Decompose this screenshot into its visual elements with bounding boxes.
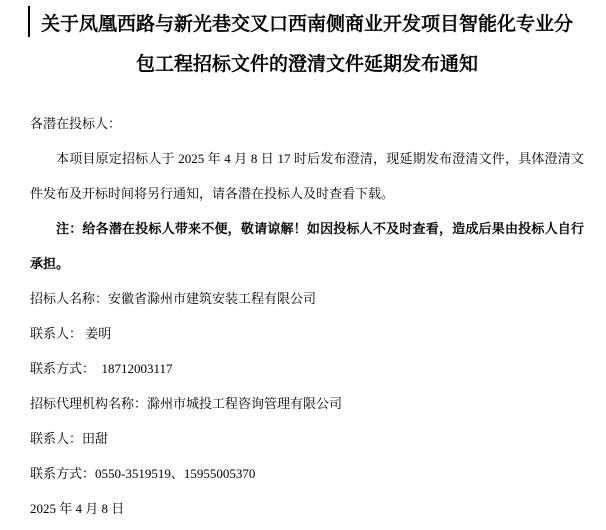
info-value: 姜明	[82, 326, 111, 341]
date-line: 2025 年 4 月 8 日	[30, 491, 584, 526]
info-line-agency-name: 招标代理机构名称：滁州市城投工程咨询管理有限公司	[30, 386, 584, 421]
info-label: 联系方式：	[30, 466, 95, 481]
info-line-agency-contact: 联系人：田甜	[30, 421, 584, 456]
text-cursor	[28, 6, 30, 37]
document-edit-area[interactable]: 关于凤凰西路与新光巷交叉口西南侧商业开发项目智能化专业分 包工程招标文件的澄清文…	[0, 0, 606, 530]
info-line-tenderer-phone: 联系方式： 18712003117	[30, 351, 584, 386]
body-paragraph: 本项目原定招标人于 2025 年 4 月 8 日 17 时后发布澄清，现延期发布…	[30, 141, 584, 211]
title-line-2: 包工程招标文件的澄清文件延期发布通知	[30, 45, 584, 85]
info-label: 联系人：	[30, 326, 82, 341]
info-value: 田甜	[82, 431, 108, 446]
info-label: 联系方式：	[30, 361, 95, 376]
info-value: 0550-3519519、15955005370	[95, 466, 255, 481]
info-line-agency-phone: 联系方式：0550-3519519、15955005370	[30, 456, 584, 491]
info-label: 招标代理机构名称：	[30, 396, 147, 411]
info-value: 安徽省滁州市建筑安装工程有限公司	[108, 291, 316, 306]
info-line-tenderer-contact: 联系人： 姜明	[30, 316, 584, 351]
info-label: 联系人：	[30, 431, 82, 446]
info-value: 滁州市城投工程咨询管理有限公司	[147, 396, 342, 411]
salutation: 各潜在投标人：	[30, 106, 584, 141]
notice-title: 关于凤凰西路与新光巷交叉口西南侧商业开发项目智能化专业分 包工程招标文件的澄清文…	[30, 5, 584, 85]
info-label: 招标人名称：	[30, 291, 108, 306]
title-line-1: 关于凤凰西路与新光巷交叉口西南侧商业开发项目智能化专业分	[30, 5, 584, 45]
info-value: 18712003117	[95, 361, 173, 376]
note-paragraph: 注：给各潜在投标人带来不便，敬请谅解！如因投标人不及时查看，造成后果由投标人自行…	[30, 211, 584, 281]
info-line-tenderer-name: 招标人名称：安徽省滁州市建筑安装工程有限公司	[30, 281, 584, 316]
